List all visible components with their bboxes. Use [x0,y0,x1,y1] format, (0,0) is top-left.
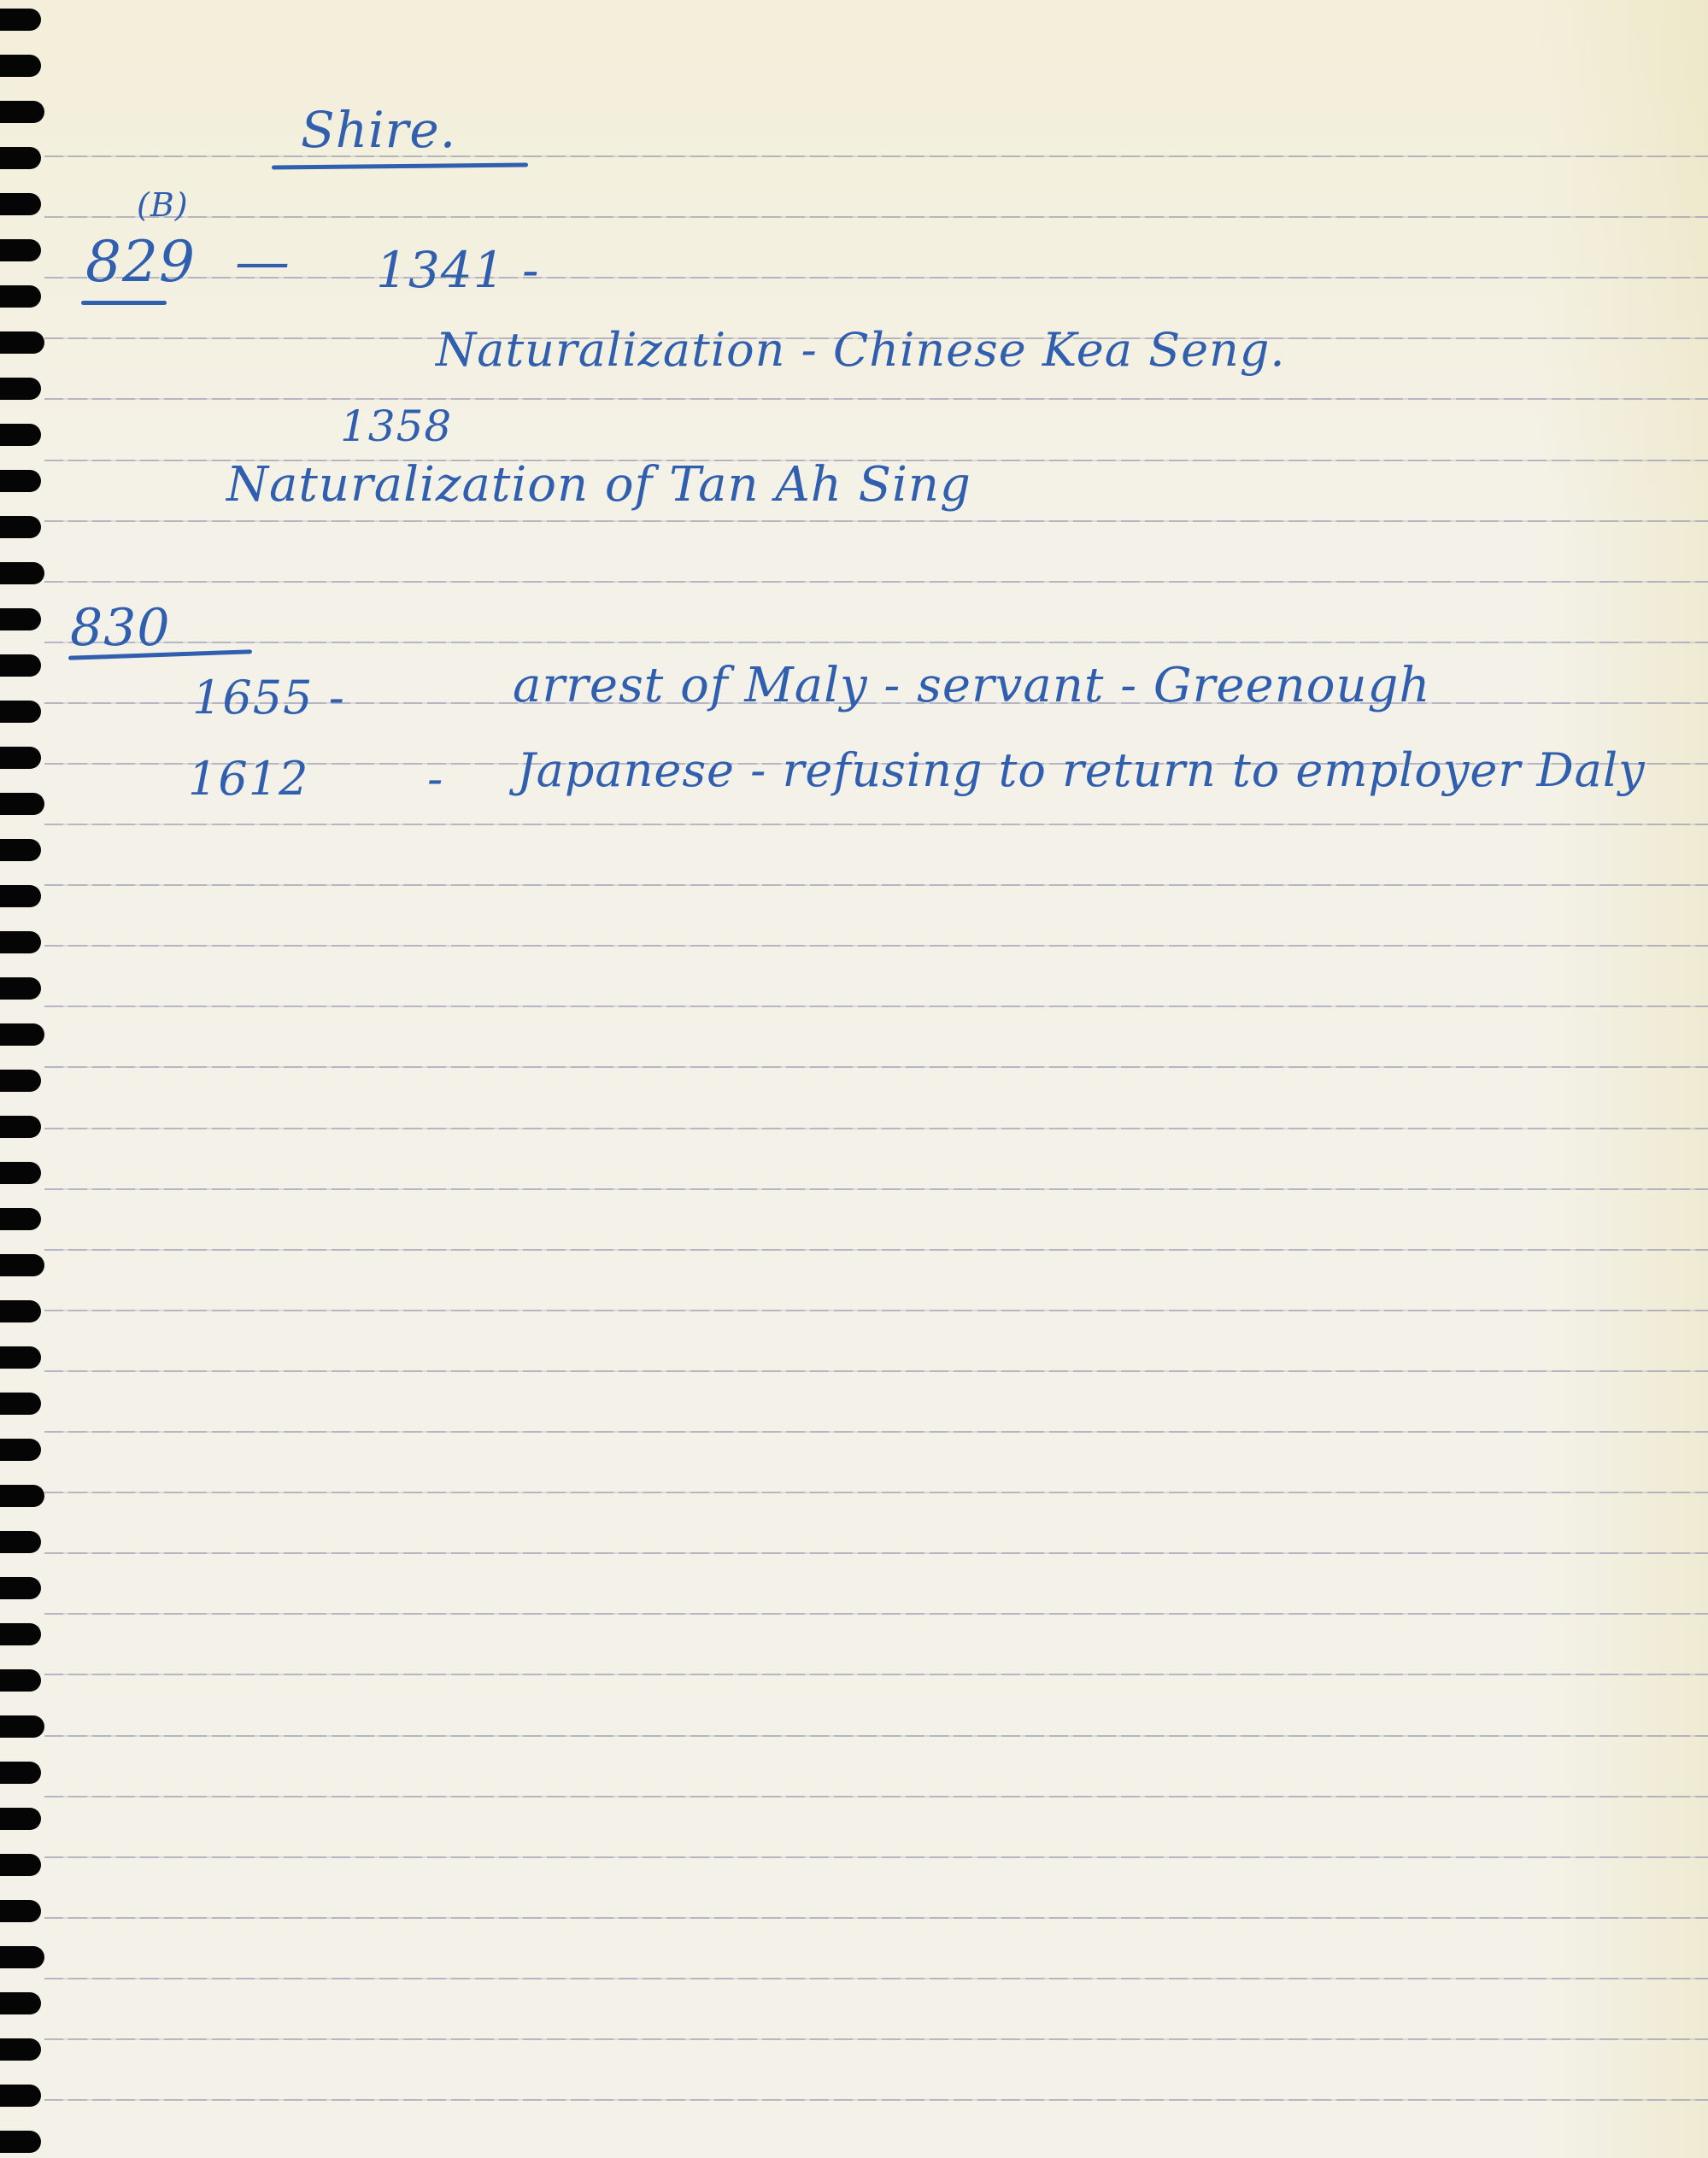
spiral-hole [0,1393,41,1415]
rule-line [44,1735,1708,1737]
rule-line [44,1674,1708,1675]
spiral-hole [0,562,44,584]
section-number-829: 829 [85,229,196,295]
rule-line [44,155,1708,157]
spiral-hole [0,608,41,630]
spiral-hole [0,1070,41,1092]
rule-line [44,1006,1708,1007]
spiral-hole [0,1900,41,1922]
rule-line [44,277,1708,279]
spiral-hole [0,1762,41,1784]
rule-line [44,884,1708,886]
rule-line [44,824,1708,825]
section-dash: — [235,231,291,294]
rule-line [44,945,1708,947]
entry-text: Naturalization - Chinese Kea Seng. [436,323,1286,377]
entry-dash: - [427,752,443,806]
spiral-hole [0,839,41,861]
spiral-hole [0,331,44,354]
section-number-underline [81,301,167,305]
rule-line [44,1431,1708,1433]
rule-line [44,520,1708,522]
rule-line [44,581,1708,583]
spiral-hole [0,1808,41,1830]
spiral-hole [0,1485,44,1507]
rule-line [44,1492,1708,1493]
spiral-hole [0,1669,41,1692]
spiral-hole [0,285,41,308]
rule-line [44,642,1708,643]
rule-line [44,1128,1708,1129]
spiral-hole [0,1346,41,1369]
spiral-hole [0,1162,41,1184]
rule-line [44,1613,1708,1615]
rule-line [44,2099,1708,2101]
section-number-830: 830 [70,598,171,658]
page-heading: Shire. [301,101,456,159]
spiral-hole [0,1715,44,1738]
spiral-hole [0,701,41,723]
rule-line [44,1856,1708,1858]
spiral-hole [0,1854,41,1876]
spiral-hole [0,747,41,769]
entry-text: Naturalization of Tan Ah Sing [226,457,971,513]
rule-line [44,1249,1708,1251]
rule-line [44,1370,1708,1372]
spiral-hole [0,1623,41,1645]
rule-line [44,1552,1708,1554]
rule-line [44,398,1708,400]
spiral-hole [0,1254,44,1276]
spiral-hole [0,1023,44,1046]
entry-label: 1612 [188,752,308,806]
rule-line [44,216,1708,218]
spiral-hole [0,977,41,1000]
spiral-hole [0,193,41,215]
spiral-hole [0,1577,41,1599]
spiral-hole [0,516,41,538]
spiral-hole [0,1208,41,1230]
rule-line [44,1796,1708,1797]
section-annotation: (B) [137,186,189,224]
spiral-hole [0,2131,41,2153]
spiral-hole [0,2038,41,2061]
entry-label: 1341 - [376,241,540,299]
spiral-hole [0,55,41,77]
entry-text: arrest of Maly - servant - Greenough [513,658,1430,713]
spiral-hole [0,9,41,31]
spiral-hole [0,2085,41,2107]
spiral-hole [0,424,41,446]
spiral-hole [0,1116,41,1138]
spiral-hole [0,1531,41,1553]
entry-label: 1358 [340,402,452,451]
spiral-hole [0,793,44,815]
notebook-page: Shire. (B) 829 — 1341 - Naturalization -… [0,0,1708,2158]
spiral-hole [0,931,41,953]
spiral-hole [0,1992,41,2014]
spiral-hole [0,1439,41,1461]
spiral-binding [0,0,51,2158]
rule-line [44,1917,1708,1919]
spiral-hole [0,147,41,169]
spiral-hole [0,1946,44,1968]
spiral-hole [0,239,41,261]
spiral-hole [0,885,41,907]
entry-label: 1655 - [192,671,345,724]
rule-line [44,1978,1708,1979]
spiral-hole [0,654,41,677]
rule-line [44,1188,1708,1190]
heading-underline [272,162,528,169]
rule-line [44,1066,1708,1068]
spiral-hole [0,101,44,123]
rule-line [44,1310,1708,1311]
rule-line [44,2038,1708,2040]
entry-text: Japanese - refusing to return to employe… [517,743,1646,797]
spiral-hole [0,378,41,400]
spiral-hole [0,1300,41,1322]
spiral-hole [0,470,41,492]
